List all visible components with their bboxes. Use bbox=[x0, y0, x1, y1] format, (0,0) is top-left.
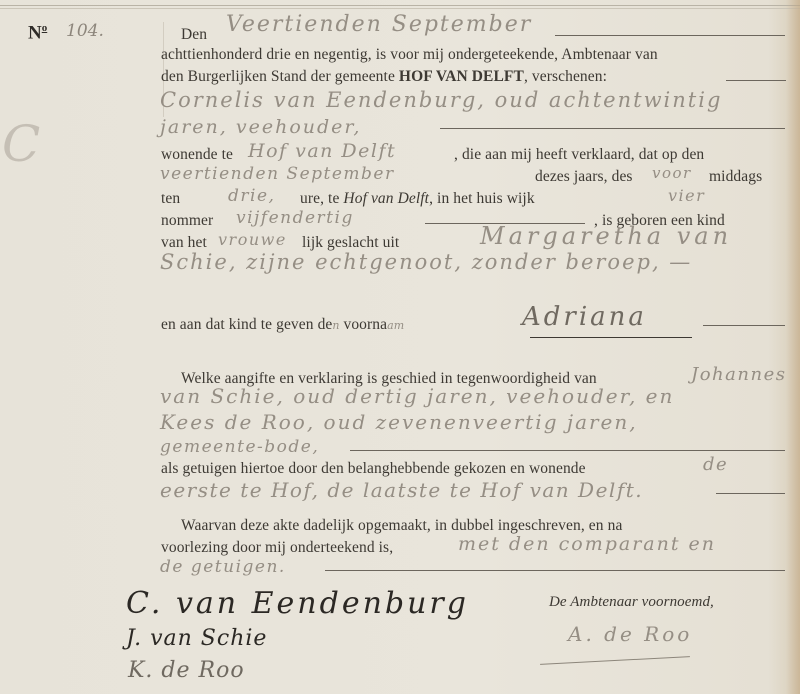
hw-signing-parties: met den comparant en bbox=[458, 533, 716, 555]
text-year-line: achttienhonderd drie en negentig, is voo… bbox=[161, 46, 658, 64]
text-dezes-jaars: dezes jaars, des bbox=[535, 168, 633, 186]
hw-residence: Hof van Delft bbox=[248, 140, 396, 162]
signature-flourish bbox=[540, 656, 690, 665]
fill-line bbox=[555, 35, 785, 36]
text-voornaam: en aan dat kind te geven den voornaam bbox=[161, 316, 404, 334]
text-verklaard: , die aan mij heeft verklaard, dat op de… bbox=[454, 146, 704, 164]
given-name-underline bbox=[530, 337, 692, 338]
text-voorlezing: voorlezing door mij onderteekend is, bbox=[161, 539, 393, 557]
hw-mother: Margaretha van bbox=[480, 222, 732, 250]
hw-witness1: van Schie, oud dertig jaren, veehouder, … bbox=[160, 384, 674, 408]
text-ten: ten bbox=[161, 190, 180, 208]
text-middags: middags bbox=[709, 168, 762, 186]
hw-mother-detail: Schie, zijne echtgenoot, zonder beroep, … bbox=[160, 250, 692, 274]
text-municipality-line: den Burgerlijken Stand der gemeente HOF … bbox=[161, 68, 607, 86]
hw-hour: drie, bbox=[228, 186, 275, 206]
hw-witnesses: de getuigen. bbox=[160, 557, 286, 577]
top-border-line bbox=[0, 5, 800, 6]
hw-date: Veertienden September bbox=[226, 12, 532, 37]
fill-line bbox=[325, 570, 785, 571]
civil-registry-page: C No 104. Den Veertienden September acht… bbox=[0, 0, 800, 694]
hw-birth-date: veertienden September bbox=[160, 164, 395, 184]
text-wonende: wonende te bbox=[161, 146, 233, 164]
text-den: Den bbox=[181, 26, 207, 44]
fill-line bbox=[440, 128, 785, 129]
text-nommer: nommer bbox=[161, 212, 213, 230]
record-number: 104. bbox=[66, 21, 104, 41]
signature-official: A. de Roo bbox=[568, 622, 692, 646]
hw-de: de bbox=[703, 454, 728, 475]
hw-voor: voor bbox=[652, 164, 692, 182]
signature-witness2: K. de Roo bbox=[128, 658, 245, 683]
hw-witness1-first: Johannes bbox=[691, 364, 786, 385]
record-number-label: No bbox=[28, 22, 47, 44]
hw-witness2-occupation: gemeente-bode, bbox=[160, 437, 319, 457]
hw-witness2: Kees de Roo, oud zevenenveertig jaren, bbox=[160, 410, 638, 434]
top-border-line-2 bbox=[0, 8, 800, 9]
official-label: De Ambtenaar voornoemd, bbox=[549, 594, 714, 611]
page-edge-shadow bbox=[786, 0, 800, 694]
hw-sex: vrouwe bbox=[218, 230, 287, 249]
text-ure-place: ure, te Hof van Delft, in het huis wijk bbox=[300, 190, 535, 208]
signature-witness1: J. van Schie bbox=[126, 626, 267, 651]
hw-witness-residence: eerste te Hof, de laatste te Hof van Del… bbox=[160, 478, 643, 502]
fill-line bbox=[703, 325, 785, 326]
given-name: Adriana bbox=[522, 302, 647, 332]
fill-line bbox=[350, 450, 785, 451]
hw-occupation: jaren, veehouder, bbox=[160, 116, 361, 138]
hw-house-number: vijfendertig bbox=[236, 208, 354, 228]
municipality-name: HOF VAN DELFT bbox=[399, 68, 524, 85]
signature-father: C. van Eendenburg bbox=[126, 586, 469, 621]
fill-line bbox=[716, 493, 785, 494]
hw-wijk: vier bbox=[668, 186, 705, 205]
fill-line bbox=[726, 80, 786, 81]
hw-declarant: Cornelis van Eendenburg, oud achtentwint… bbox=[160, 88, 722, 112]
text-getuigen: als getuigen hiertoe door den belanghebb… bbox=[161, 460, 586, 478]
margin-note: C bbox=[2, 115, 40, 173]
